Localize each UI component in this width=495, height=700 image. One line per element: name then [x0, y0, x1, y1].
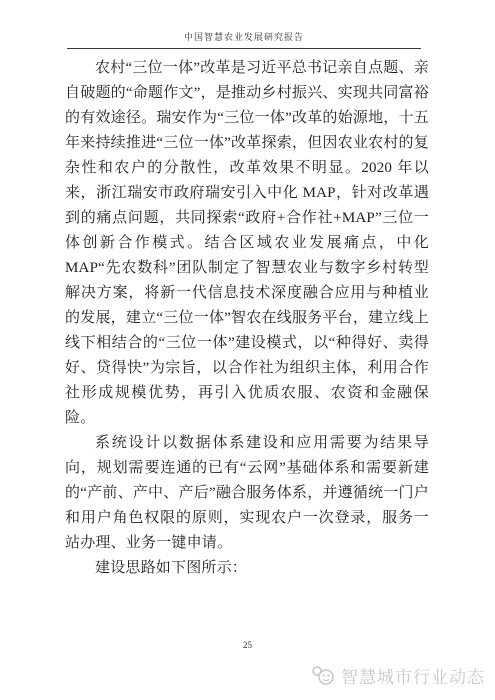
paragraph: 农村“三位一体”改革是习近平总书记亲自点题、亲自破题的“命题作文”，是推动乡村振…: [65, 56, 429, 431]
watermark-text: 智慧城市行业动态: [341, 663, 485, 688]
face-logo-icon: [310, 665, 337, 686]
paragraph: 系统设计以数据体系建设和应用需要为结果导向，规划需要连通的已有“云网”基础体系和…: [65, 431, 429, 556]
paragraph: 建设思路如下图所示：: [65, 556, 429, 581]
document-page: 中国智慧农业发展研究报告 农村“三位一体”改革是习近平总书记亲自点题、亲自破题的…: [0, 0, 495, 700]
page-header-title: 中国智慧农业发展研究报告: [67, 30, 421, 49]
page-number: 25: [0, 640, 495, 650]
document-body: 农村“三位一体”改革是习近平总书记亲自点题、亲自破题的“命题作文”，是推动乡村振…: [65, 56, 429, 581]
watermark: 智慧城市行业动态: [310, 663, 485, 688]
